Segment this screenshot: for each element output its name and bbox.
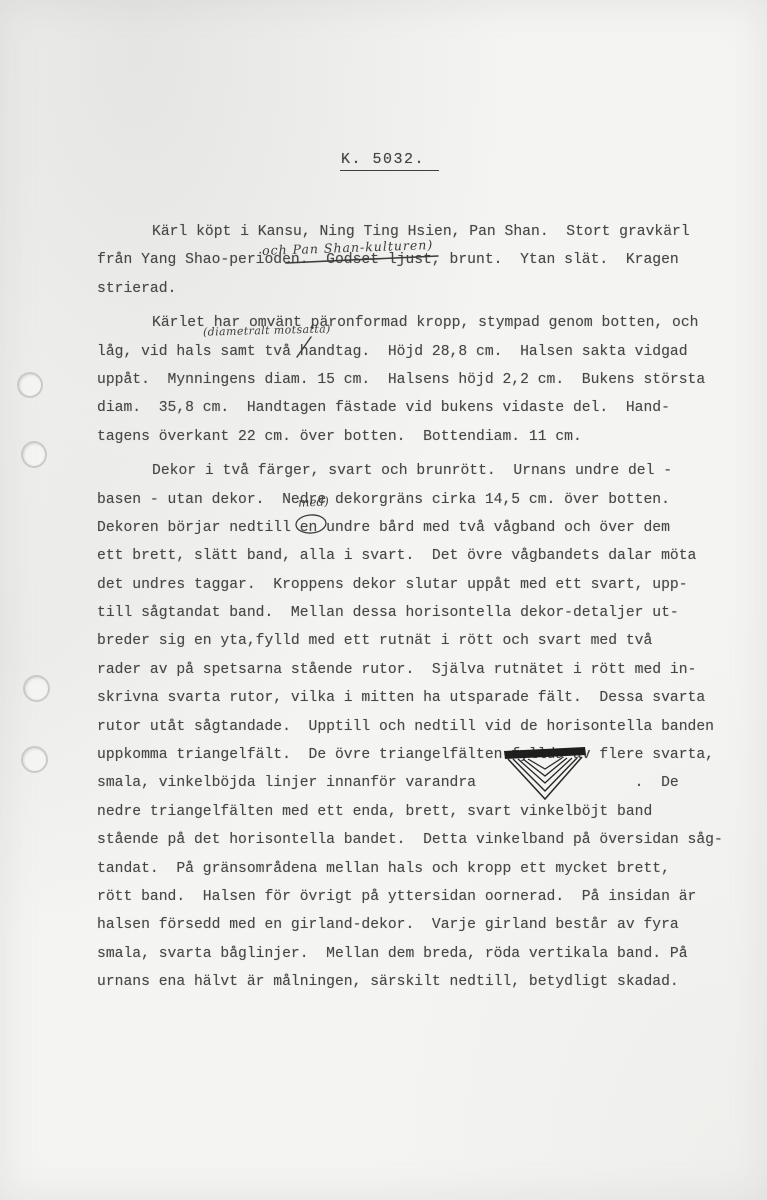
text-line: skrivna svarta rutor, vilka i mitten ha … xyxy=(97,684,742,712)
text-line: stående på det horisontella bandet. Dett… xyxy=(97,826,742,854)
text-line: breder sig en yta,fylld med ett rutnät i… xyxy=(97,627,742,655)
punch-hole xyxy=(21,441,47,468)
text-line: låg, vid hals samt två handtag. Höjd 28,… xyxy=(97,338,742,366)
text-line: tagens överkant 22 cm. över botten. Bott… xyxy=(97,423,742,451)
text-line: smala, vinkelböjda linjer innanför varan… xyxy=(97,769,742,797)
text-line: rader av på spetsarna stående rutor. Sjä… xyxy=(97,656,742,684)
text-line: smala, svarta båglinjer. Mellan dem bred… xyxy=(97,940,742,968)
text-line: urnans ena hälvt är målningen, särskilt … xyxy=(97,968,742,996)
text-line: diam. 35,8 cm. Handtagen fästade vid buk… xyxy=(97,394,742,422)
text-line: halsen försedd med en girland-dekor. Var… xyxy=(97,911,742,939)
punch-hole xyxy=(23,675,50,702)
text-line: strierad. xyxy=(97,275,742,303)
document-body: Kärl köpt i Kansu, Ning Ting Hsien, Pan … xyxy=(97,218,742,997)
text-line: basen - utan dekor. Nedre dekorgräns cir… xyxy=(97,486,742,514)
text-line: Kärlet har omvänt päronformad kropp, sty… xyxy=(97,309,742,337)
paragraph: Dekor i två färger, svart och brunrött. … xyxy=(97,457,742,996)
text-line: ett brett, slätt band, alla i svart. Det… xyxy=(97,542,742,570)
text-line: det undres taggar. Kroppens dekor slutar… xyxy=(97,571,742,599)
text-line: till sågtandat band. Mellan dessa horiso… xyxy=(97,599,742,627)
text-line: uppåt. Mynningens diam. 15 cm. Halsens h… xyxy=(97,366,742,394)
text-line: tandat. På gränsområdena mellan hals och… xyxy=(97,855,742,883)
text-line: uppkomma triangelfält. De övre triangelf… xyxy=(97,741,742,769)
punch-hole xyxy=(17,372,43,398)
paragraph: Kärlet har omvänt päronformad kropp, sty… xyxy=(97,309,742,451)
text-line: Dekor i två färger, svart och brunrött. … xyxy=(97,457,742,485)
handwritten-annotation-insert: med) xyxy=(298,494,330,510)
text-line: rutor utåt sågtandade. Upptill och nedti… xyxy=(97,713,742,741)
text-line: rött band. Halsen för övrigt på yttersid… xyxy=(97,883,742,911)
paragraph: Kärl köpt i Kansu, Ning Ting Hsien, Pan … xyxy=(97,218,742,303)
text-line: Dekoren börjar nedtill en undre bård med… xyxy=(97,514,742,542)
chevron-ornament-sketch xyxy=(501,745,589,805)
text-line: nedre triangelfälten med ett enda, brett… xyxy=(97,798,742,826)
punch-hole xyxy=(21,746,48,773)
document-page: K. 5032. Kärl köpt i Kansu, Ning Ting Hs… xyxy=(0,0,767,1200)
catalog-number: K. 5032. xyxy=(340,151,439,171)
